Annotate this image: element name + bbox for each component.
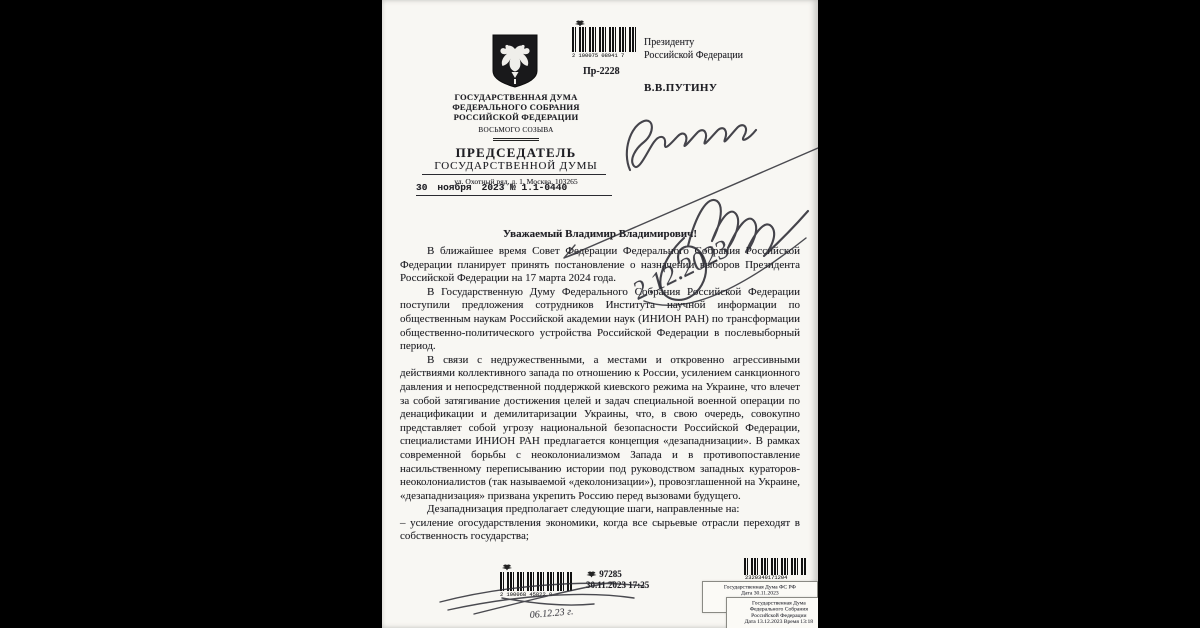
stamp2-datetime: Дата 13.12.2023 Время 13:18: [727, 618, 818, 624]
registration-stamp: 97285 30.11.2023 17:25: [586, 569, 649, 590]
presidential-index-number: Пр-2228: [583, 66, 620, 77]
outgoing-number: 1.1-0440: [522, 182, 568, 193]
date-number-line: 30ноября2023 № 1.1-0440: [416, 182, 612, 196]
date-month: ноября: [437, 182, 471, 193]
resolution-handwriting-icon: [627, 121, 756, 170]
org-name-line1: ГОСУДАРСТВЕННАЯ ДУМА: [410, 92, 622, 102]
registration-datetime: 30.11.2023 17:25: [586, 580, 649, 591]
date-day: 30: [416, 182, 427, 193]
position-title: ПРЕДСЕДАТЕЛЬ: [410, 148, 622, 158]
org-name-line3: РОССИЙСКОЙ ФЕДЕРАЦИИ: [410, 112, 622, 122]
duma-secondary-stamp: Государственная Дума Федерального Собран…: [726, 597, 818, 628]
tiny-eagle-icon: [575, 20, 585, 27]
paragraph: В Государственную Думу Федерального Собр…: [400, 286, 800, 354]
date-year: 2023: [482, 182, 505, 193]
top-barcode-icon: [572, 27, 638, 52]
state-duma-emblem-icon: [492, 34, 538, 90]
org-name-line2: ФЕДЕРАЛЬНОГО СОБРАНИЯ: [410, 102, 622, 112]
tiny-eagle-icon: [502, 564, 512, 571]
document-page: ГОСУДАРСТВЕННАЯ ДУМА ФЕДЕРАЛЬНОГО СОБРАН…: [382, 0, 818, 628]
bottom-left-barcode-icon: [500, 572, 572, 591]
convocation-line: ВОСЬМОГО СОЗЫВА: [410, 125, 622, 135]
paragraph: В ближайшее время Совет Федерации Федера…: [400, 245, 800, 286]
recipient-name: В.В.ПУТИНУ: [644, 82, 717, 94]
bottom-right-barcode-icon: [744, 558, 806, 575]
letter-body: В ближайшее время Совет Федерации Федера…: [400, 245, 800, 544]
recipient-line1: Президенту: [644, 37, 743, 50]
letterhead-rule: [422, 174, 606, 175]
photo-background: ГОСУДАРСТВЕННАЯ ДУМА ФЕДЕРАЛЬНОГО СОБРАН…: [0, 0, 1200, 628]
tiny-eagle-icon: [586, 571, 597, 578]
recipient-block: Президенту Российской Федерации: [644, 37, 743, 62]
salutation: Уважаемый Владимир Владимирович!: [400, 228, 800, 240]
number-label: №: [510, 182, 516, 193]
bottom-date-handwriting: 06.12.23 г.: [529, 606, 574, 621]
letterhead-divider: [493, 138, 539, 141]
position-subtitle: ГОСУДАРСТВЕННОЙ ДУМЫ: [410, 161, 622, 171]
paragraph: В связи с недружественными, а местами и …: [400, 354, 800, 504]
paragraph: Дезападнизация предполагает следующие ша…: [400, 503, 800, 517]
bottom-left-barcode-digits: 2 100068 45822 0: [500, 592, 577, 601]
registration-number: 97285: [599, 569, 622, 579]
paragraph-list-item: – усиление огосударствления экономики, к…: [400, 517, 800, 544]
top-barcode-digits: 2 100075 08941 7: [572, 53, 649, 62]
recipient-line2: Российской Федерации: [644, 50, 743, 63]
